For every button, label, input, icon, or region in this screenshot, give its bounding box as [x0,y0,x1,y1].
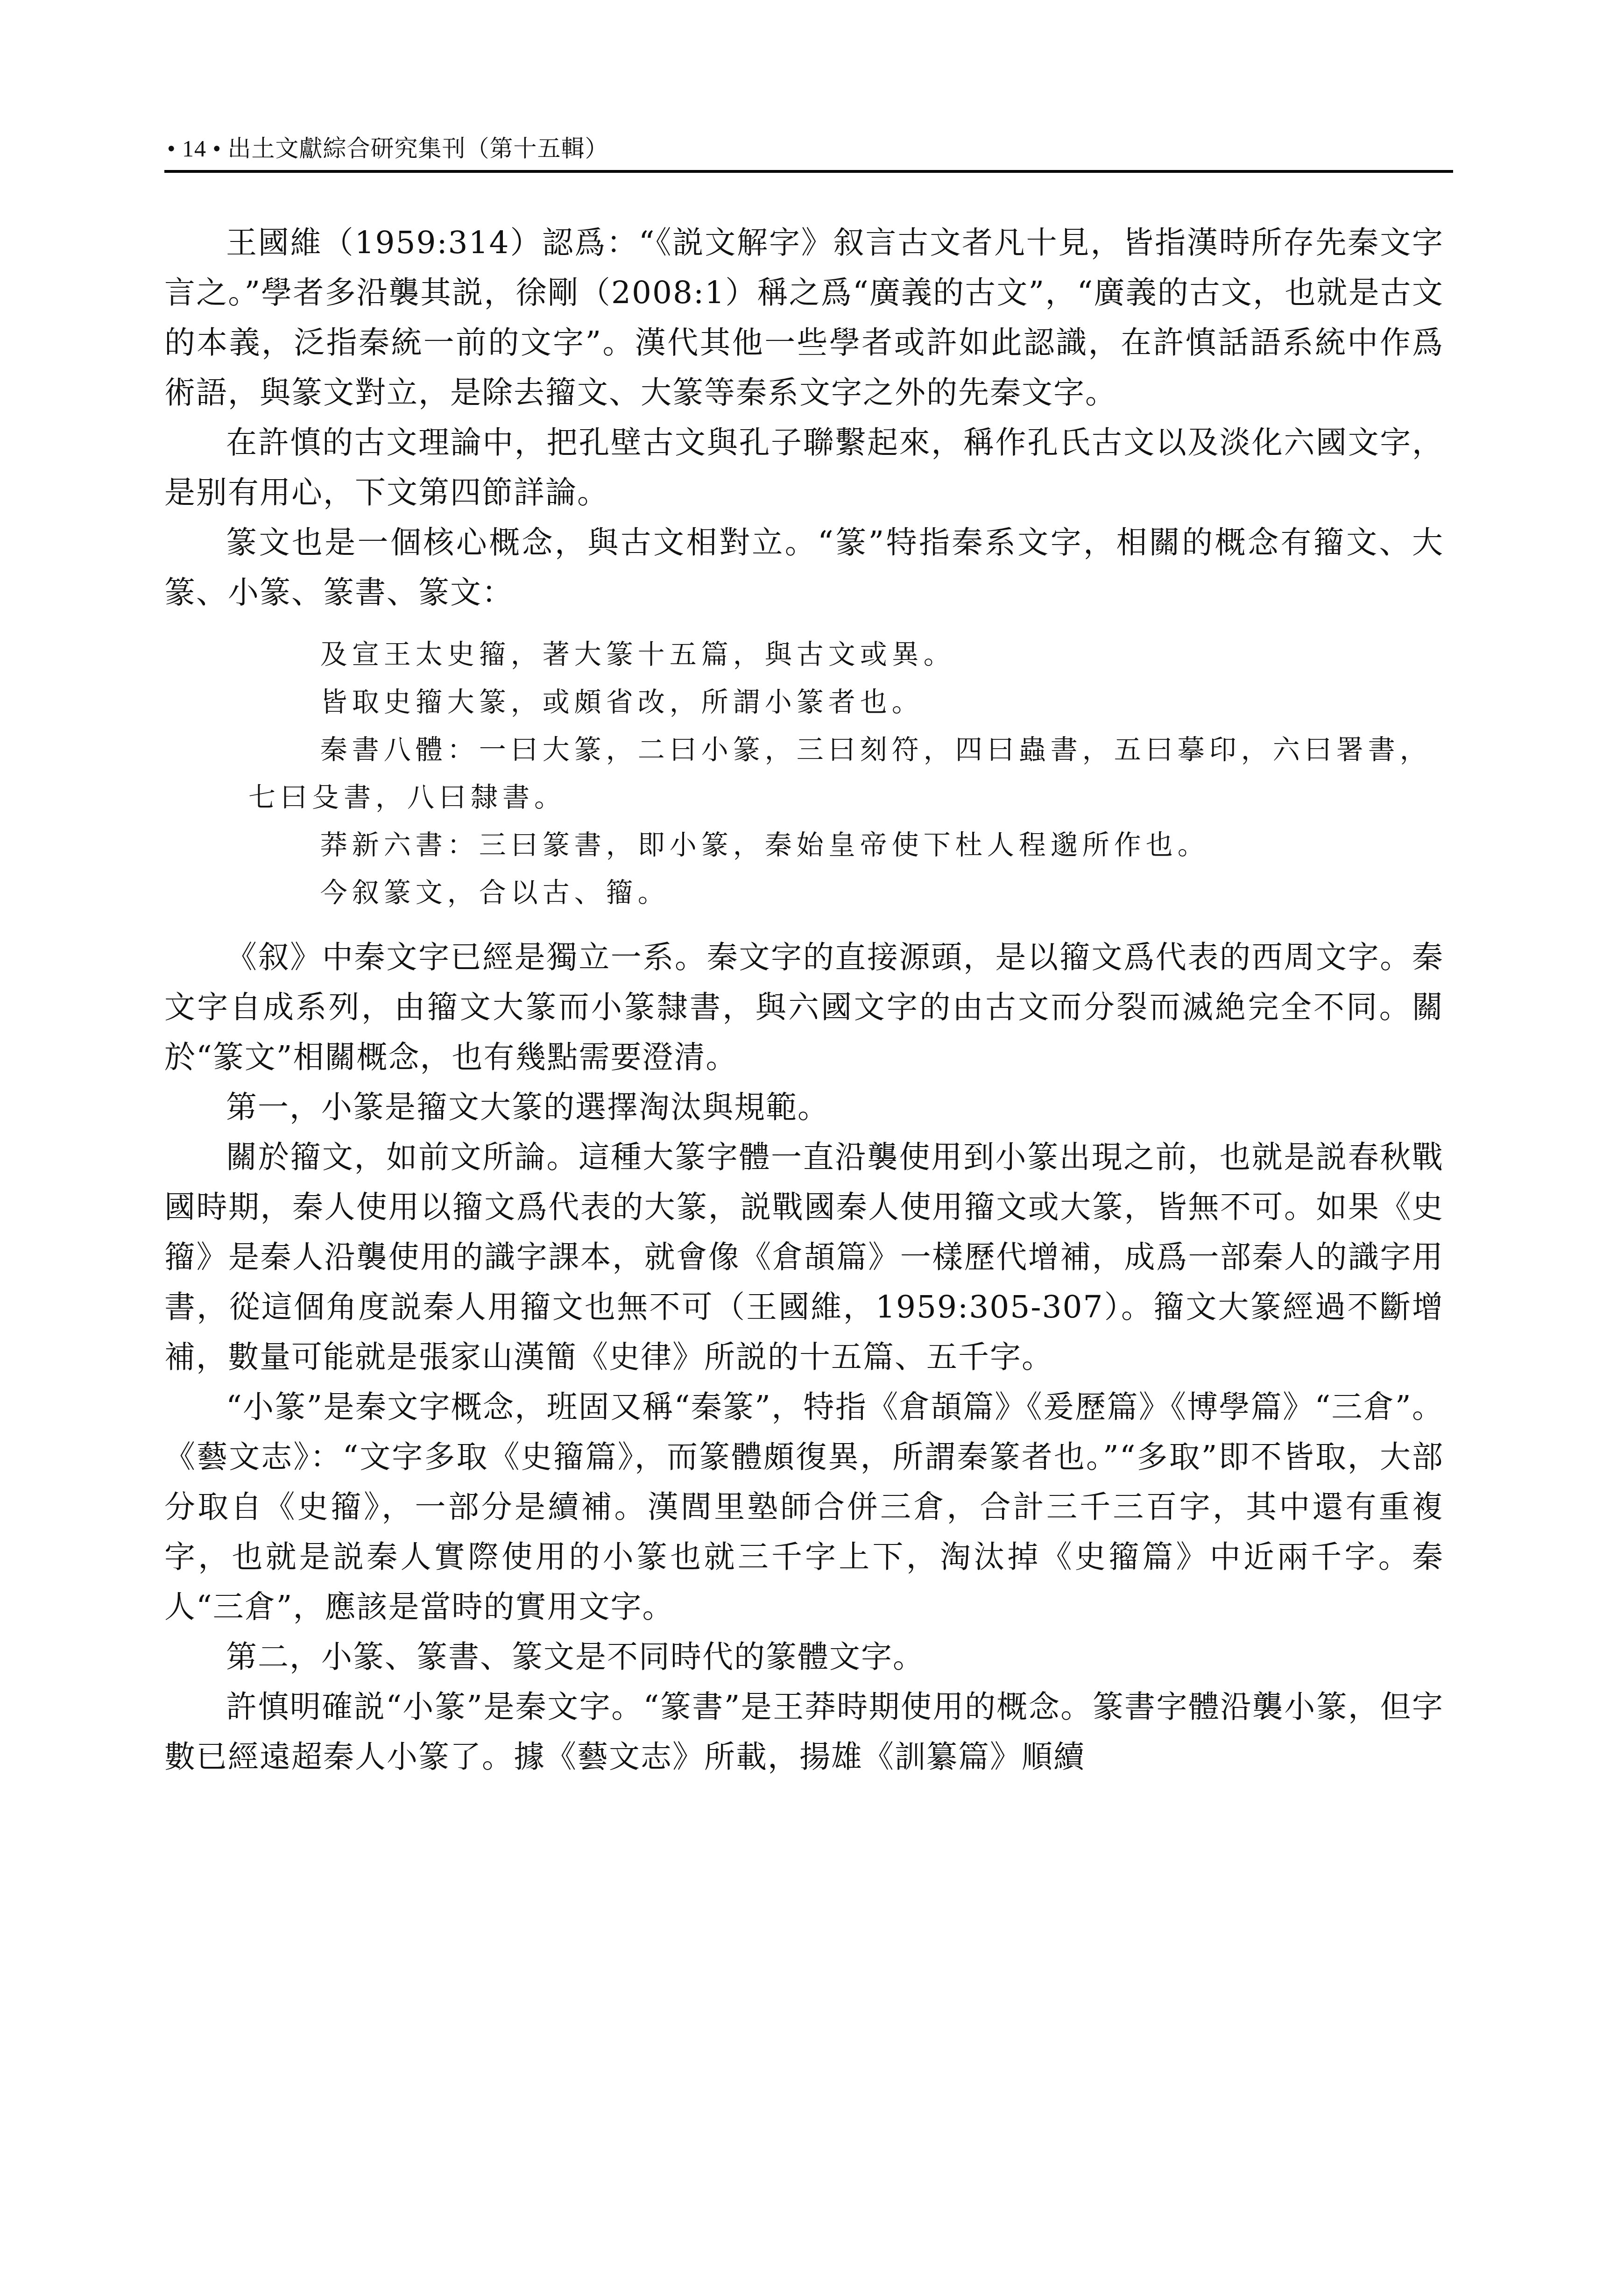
paragraph: 第二，小篆、篆書、篆文是不同時代的篆體文字。 [164,1632,1444,1682]
paragraph: 第一，小篆是籀文大篆的選擇淘汰與規範。 [164,1082,1444,1132]
quote-line: 今叙篆文，合以古、籀。 [248,869,1444,916]
paragraph: 王國維（1959:314）認爲：“《説文解字》叙言古文者凡十見，皆指漢時所存先秦… [164,218,1444,418]
running-head: • 14 • 出土文獻綜合研究集刊（第十五輯） [167,135,609,163]
quote-line: 皆取史籀大篆，或頗省改，所謂小篆者也。 [248,678,1444,726]
article-body: 王國維（1959:314）認爲：“《説文解字》叙言古文者凡十見，皆指漢時所存先秦… [164,218,1444,1782]
block-quote: 及宣王太史籀，著大篆十五篇，與古文或異。 皆取史籀大篆，或頗省改，所謂小篆者也。… [164,630,1444,916]
quote-line: 及宣王太史籀，著大篆十五篇，與古文或異。 [248,630,1444,678]
header-rule [164,170,1453,173]
paragraph: “小篆”是秦文字概念，班固又稱“秦篆”，特指《倉頡篇》《爰歷篇》《博學篇》“三倉… [164,1382,1444,1632]
paragraph: 在許慎的古文理論中，把孔壁古文與孔子聯繫起來，稱作孔氏古文以及淡化六國文字，是别… [164,418,1444,517]
paragraph: 許慎明確説“小篆”是秦文字。“篆書”是王莽時期使用的概念。篆書字體沿襲小篆，但字… [164,1682,1444,1782]
paragraph: 《叙》中秦文字已經是獨立一系。秦文字的直接源頭，是以籀文爲代表的西周文字。秦文字… [164,932,1444,1082]
paragraph: 關於籀文，如前文所論。這種大篆字體一直沿襲使用到小篆出現之前，也就是説春秋戰國時… [164,1132,1444,1382]
quote-line: 莽新六書：三曰篆書，即小篆，秦始皇帝使下杜人程邈所作也。 [248,821,1444,869]
quote-line: 秦書八體：一曰大篆，二曰小篆，三曰刻符，四曰蟲書，五曰摹印，六曰署書，七曰殳書，… [248,726,1444,821]
paragraph: 篆文也是一個核心概念，與古文相對立。“篆”特指秦系文字，相關的概念有籀文、大篆、… [164,517,1444,617]
